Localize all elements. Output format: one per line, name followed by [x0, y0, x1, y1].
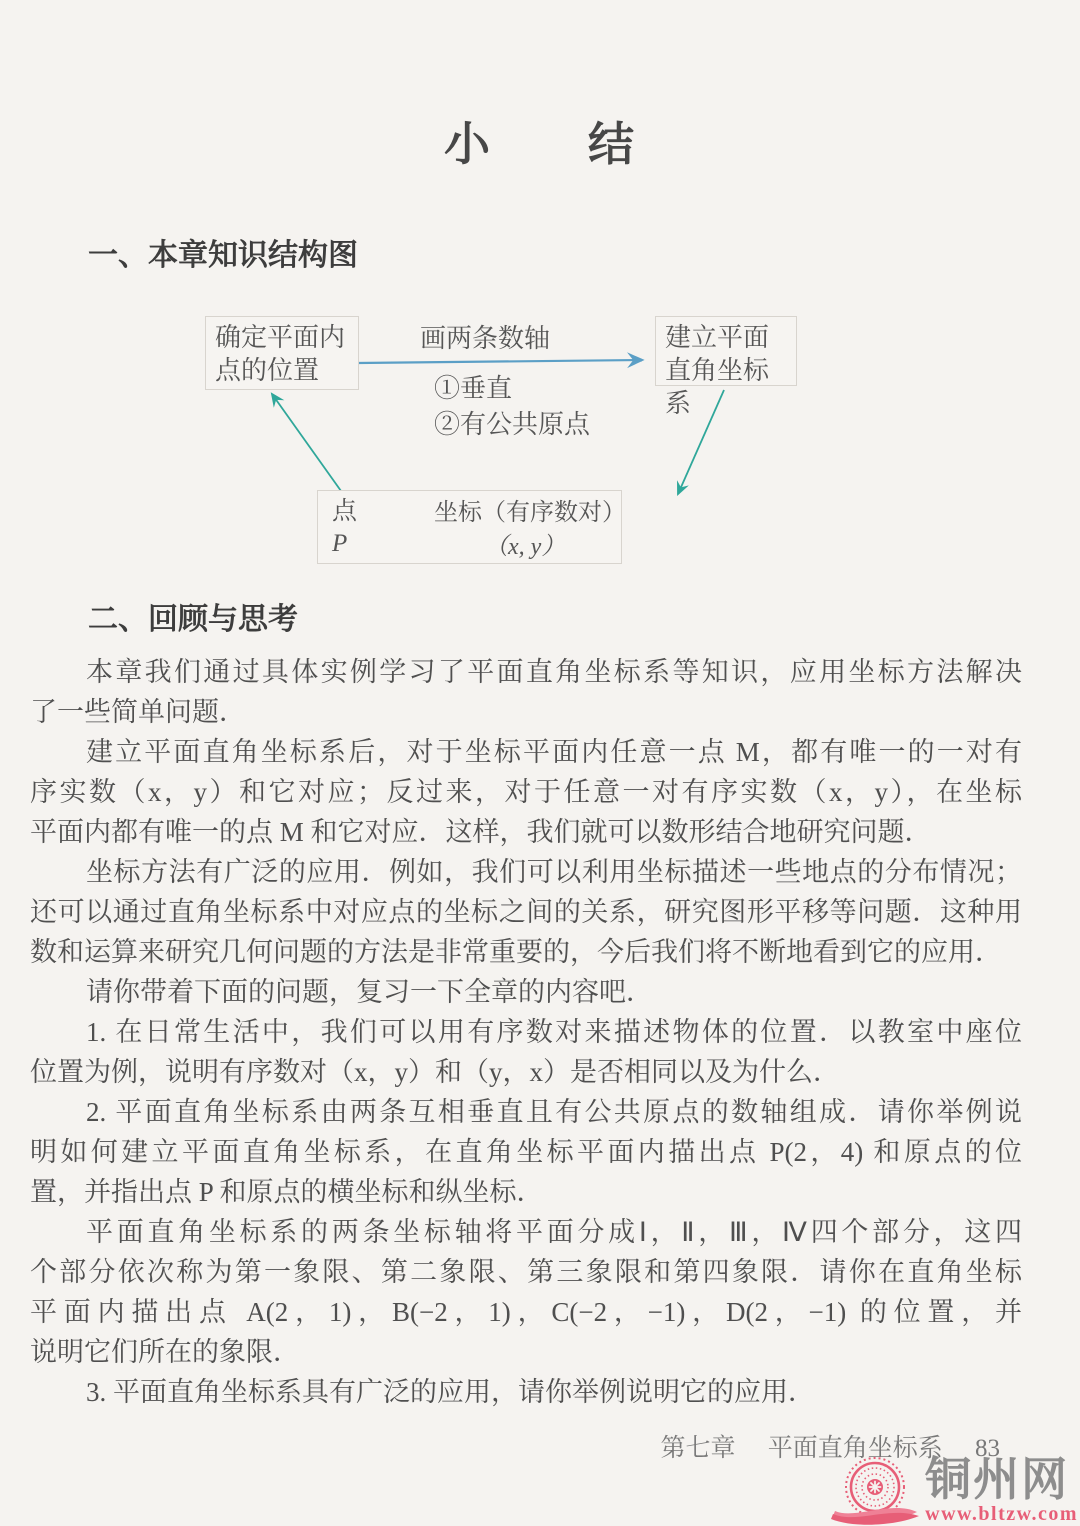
text-line: 明如何建立平面直角坐标系，在直角坐标平面内描出点 P(2，4) 和原点的位	[30, 1132, 1022, 1172]
text-line: 请你带着下面的问题，复习一下全章的内容吧．	[30, 972, 1022, 1012]
section1-heading: 一、本章知识结构图	[88, 230, 1080, 274]
text-line: 平面内描出点 A(2，1)，B(−2，1)，C(−2，−1)，D(2，−1) 的…	[30, 1292, 1022, 1332]
point-symbol: P	[332, 527, 347, 560]
text-line: 置，并指出点 P 和原点的横坐标和纵坐标．	[30, 1172, 1022, 1212]
text-line: 本章我们通过具体实例学习了平面直角坐标系等知识，应用坐标方法解决	[30, 652, 1022, 692]
page-title: 小 结	[0, 0, 1080, 174]
watermark-url: www.bltzw.com	[925, 1502, 1078, 1526]
knowledge-structure-diagram: 确定平面内点的位置 画两条数轴 ①垂直 ②有公共原点 建立平面直角坐标系 点 P…	[0, 310, 1080, 578]
text-line: 3. 平面直角坐标系具有广泛的应用，请你举例说明它的应用．	[30, 1372, 1022, 1412]
text-line: 2. 平面直角坐标系由两条互相垂直且有公共原点的数轴组成．请你举例说	[30, 1092, 1022, 1132]
text-line: 建立平面直角坐标系后，对于坐标平面内任意一点 M，都有唯一的一对有	[30, 732, 1022, 772]
footer-chapter: 第七章	[660, 1435, 735, 1462]
textbook-page: 小 结 一、本章知识结构图 确定平面内点的位置 画两条数轴 ①垂直 ②有公共原点…	[0, 0, 1080, 1526]
text-line: 个部分依次称为第一象限、第二象限、第三象限和第四象限．请你在直角坐标	[30, 1252, 1022, 1292]
text-line: 1. 在日常生活中，我们可以用有序数对来描述物体的位置．以教室中座位	[30, 1012, 1022, 1052]
text-line: 坐标方法有广泛的应用．例如，我们可以利用坐标描述一些地点的分布情况；	[30, 852, 1022, 892]
text-line: 说明它们所在的象限．	[30, 1332, 1022, 1372]
diagram-arrow-label: 画两条数轴	[420, 318, 550, 355]
text-line: 还可以通过直角坐标系中对应点的坐标之间的关系，研究图形平移等问题．这种用	[30, 892, 1022, 932]
text-line: 数和运算来研究几何问题的方法是非常重要的，今后我们将不断地看到它的应用．	[30, 932, 1022, 972]
section2-heading: 二、回顾与思考	[88, 594, 1080, 638]
text-line: 平面直角坐标系的两条坐标轴将平面分成Ⅰ，Ⅱ，Ⅲ，Ⅳ四个部分，这四	[30, 1212, 1022, 1252]
text-line: 序实数（x，y）和它对应；反过来，对于任意一对有序实数（x，y），在坐标	[30, 772, 1022, 812]
diagram-box-point-coordinate: 点 P 坐标（有序数对） （x, y）	[317, 490, 622, 564]
coordinate-pair: （x, y）	[484, 531, 565, 564]
diagram-box-coordinate-system: 建立平面直角坐标系	[655, 316, 797, 386]
coordinate-label: 坐标（有序数对）	[434, 497, 621, 530]
arrow-draw-axes	[358, 360, 642, 363]
watermark-site-name: 铜州网	[925, 1456, 1078, 1502]
watermark-emblem-icon	[829, 1456, 921, 1526]
review-text: 本章我们通过具体实例学习了平面直角坐标系等知识，应用坐标方法解决 了一些简单问题…	[30, 652, 1022, 1412]
site-watermark: 铜州网 www.bltzw.com	[829, 1456, 1078, 1526]
diagram-note-common-origin: ②有公共原点	[434, 404, 590, 441]
text-line: 了一些简单问题．	[30, 692, 1022, 732]
arrow-to-left-box	[272, 394, 346, 498]
diagram-note-perpendicular: ①垂直	[434, 368, 512, 405]
watermark-text: 铜州网 www.bltzw.com	[925, 1456, 1078, 1526]
diagram-box-locate-point: 确定平面内点的位置	[205, 316, 359, 390]
text-line: 平面内都有唯一的点 M 和它对应．这样，我们就可以数形结合地研究问题．	[30, 812, 1022, 852]
text-line: 位置为例，说明有序数对（x，y）和（y，x）是否相同以及为什么．	[30, 1052, 1022, 1092]
point-label: 点	[332, 495, 357, 528]
